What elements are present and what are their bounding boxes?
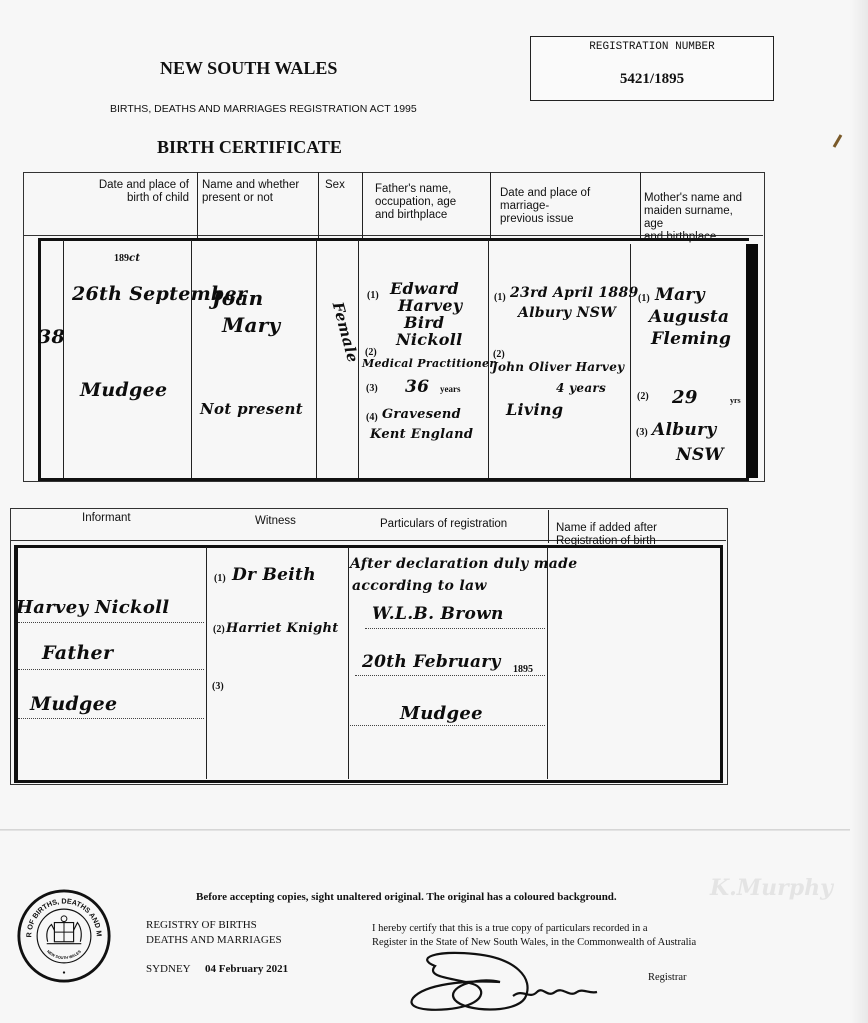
marriage-marker-1: (1) <box>494 292 506 303</box>
registry-name: REGISTRY OF BIRTHS DEATHS AND MARRIAGES <box>146 918 282 948</box>
father-marker-4: (4) <box>366 412 378 423</box>
register-binding-bar <box>746 244 758 478</box>
father-name: Edward Harvey Bird Nickoll <box>390 280 463 348</box>
father-marker-3: (3) <box>366 383 378 394</box>
registration-number-box: REGISTRATION NUMBER 5421/1895 <box>530 36 774 101</box>
mother-age: 29 <box>672 387 698 408</box>
column-divider <box>318 172 319 238</box>
column-header-particulars: Particulars of registration <box>380 518 507 531</box>
child-first-name: Joan <box>212 286 264 310</box>
paper-fold-line <box>0 829 868 831</box>
registrar-signature-icon <box>405 948 605 1014</box>
father-age-unit: years <box>440 384 461 394</box>
previous-issue-age: 4 years <box>556 381 606 395</box>
birth-place: Mudgee <box>80 379 167 401</box>
mother-marker-1: (1) <box>638 293 650 304</box>
previous-issue-name: John Oliver Harvey <box>492 360 624 374</box>
marriage-place: Albury NSW <box>518 305 616 321</box>
registry-seal-icon: REGISTRAR OF BIRTHS, DEATHS AND MARRIAGE… <box>16 888 112 984</box>
certificate-title: BIRTH CERTIFICATE <box>157 137 342 158</box>
column-divider <box>197 172 198 238</box>
column-header-sex: Sex <box>325 179 345 192</box>
father-marker-1: (1) <box>367 290 379 301</box>
registrar-label: Registrar <box>648 972 687 983</box>
registration-year: 1895 <box>513 664 533 675</box>
mother-name: Mary Augusta Fleming <box>655 284 731 350</box>
column-divider <box>640 172 641 238</box>
mother-birthplace: Albury NSW <box>652 418 724 468</box>
year-note: 189ct <box>114 253 140 264</box>
svg-text:NEW SOUTH WALES: NEW SOUTH WALES <box>46 949 82 960</box>
column-divider <box>348 547 349 779</box>
rule-line <box>350 725 545 726</box>
rule-line <box>18 622 204 623</box>
witness-marker-1: (1) <box>214 573 226 584</box>
column-divider <box>547 547 548 779</box>
child-middle-name: Mary <box>222 313 280 337</box>
witness-marker-3: (3) <box>212 681 224 692</box>
column-header-father: Father's name, occupation, age and birth… <box>375 183 456 222</box>
column-header-mother: Mother's name and maiden surname, age an… <box>644 192 742 244</box>
act-subtitle: BIRTHS, DEATHS AND MARRIAGES REGISTRATIO… <box>110 103 417 115</box>
registration-date: 20th February <box>362 652 501 672</box>
issue-city: SYDNEY <box>146 963 191 975</box>
column-header-witness: Witness <box>255 515 296 528</box>
column-divider <box>191 240 192 478</box>
rule-line <box>18 669 204 670</box>
column-divider <box>206 547 207 779</box>
entry-number: 38 <box>38 326 65 348</box>
registration-number: 5421/1895 <box>531 71 773 88</box>
column-divider <box>63 240 64 478</box>
father-occupation: Medical Practitioner <box>362 357 495 370</box>
issue-date: 04 February 2021 <box>205 963 288 975</box>
column-divider <box>630 244 631 478</box>
column-header-marriage: Date and place of marriage- previous iss… <box>500 187 590 226</box>
certification-statement: I hereby certify that this is a true cop… <box>372 922 696 950</box>
particulars-declaration: After declaration duly made <box>350 556 577 572</box>
authenticity-warning: Before accepting copies, sight unaltered… <box>196 891 617 903</box>
column-divider <box>316 240 317 478</box>
witness-2-name: Harriet Knight <box>226 621 339 636</box>
mother-age-unit: yrs <box>730 396 741 405</box>
registration-place: Mudgee <box>400 703 483 724</box>
marriage-marker-2: (2) <box>493 349 505 360</box>
witness-1-name: Dr Beith <box>232 565 316 585</box>
child-presence: Not present <box>200 400 303 418</box>
previous-issue-status: Living <box>506 400 563 419</box>
marriage-date: 23rd April 1889 <box>510 285 639 301</box>
state-title: NEW SOUTH WALES <box>160 58 337 79</box>
column-divider <box>490 172 491 238</box>
column-header-birth: Date and place of birth of child <box>86 179 189 205</box>
informant-residence: Mudgee <box>30 693 117 715</box>
column-header-informant: Informant <box>82 512 131 525</box>
father-age: 36 <box>405 377 429 397</box>
informant-relationship: Father <box>42 642 113 664</box>
witness-marker-2: (2) <box>213 624 225 635</box>
informant-name: Harvey Nickoll <box>16 597 169 618</box>
column-divider <box>548 510 549 543</box>
background-watermark-signature: K.Murphy <box>710 875 833 901</box>
column-header-name: Name and whether present or not <box>202 179 299 205</box>
column-divider <box>362 172 363 238</box>
pen-mark <box>833 134 843 148</box>
registrar-signature: W.L.B. Brown <box>372 604 504 624</box>
rule-line <box>365 628 545 629</box>
mother-marker-2: (2) <box>637 391 649 402</box>
particulars-according: according to law <box>352 578 487 594</box>
mother-marker-3: (3) <box>636 427 648 438</box>
registration-number-label: REGISTRATION NUMBER <box>531 41 773 53</box>
scan-edge-shadow <box>850 0 868 1023</box>
rule-line <box>355 675 545 676</box>
rule-line <box>18 718 204 719</box>
father-birthplace: Gravesend Kent England <box>382 405 473 445</box>
